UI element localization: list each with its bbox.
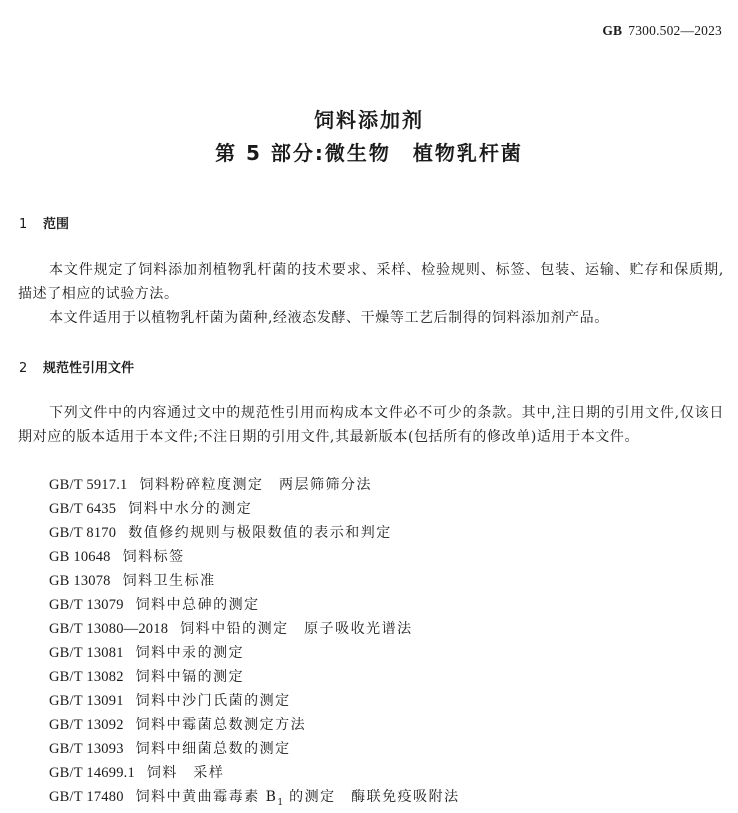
section-title: 规范性引用文件 [43,361,134,376]
reference-title: 饲料标签 [123,549,185,565]
reference-code: GB/T 13079 [49,597,124,613]
reference-title: 饲料卫生标准 [123,573,216,589]
reference-title: 数值修约规则与极限数值的表示和判定 [128,525,392,541]
reference-code: GB/T 13082 [49,669,124,685]
reference-code: GB/T 13093 [49,741,124,757]
reference-item: GB/T 13080—2018饲料中铅的测定 原子吸收光谱法 [49,617,460,641]
reference-code: GB/T 8170 [49,525,116,541]
reference-item: GB/T 13082饲料中镉的测定 [49,665,460,689]
reference-item: GB/T 8170数值修约规则与极限数值的表示和判定 [49,521,460,545]
reference-item: GB/T 17480饲料中黄曲霉毒素 B1 的测定 酶联免疫吸附法 [49,785,460,809]
references-intro-paragraph: 下列文件中的内容通过文中的规范性引用而构成本文件必不可少的条款。其中,注日期的引… [18,401,724,449]
scope-paragraph-1: 本文件规定了饲料添加剂植物乳杆菌的技术要求、采样、检验规则、标签、包装、运输、贮… [18,258,724,306]
reference-item: GB/T 13079饲料中总砷的测定 [49,593,460,617]
reference-item: GB/T 13091饲料中沙门氏菌的测定 [49,689,460,713]
reference-item: GB 10648饲料标签 [49,545,460,569]
reference-code: GB/T 13091 [49,693,124,709]
reference-item: GB/T 13092饲料中霉菌总数测定方法 [49,713,460,737]
reference-item: GB 13078饲料卫生标准 [49,569,460,593]
reference-title: 饲料中水分的测定 [128,501,252,517]
reference-code: GB 13078 [49,573,111,589]
section-heading-normative-references: 2规范性引用文件 [19,357,134,376]
reference-item: GB/T 13093饲料中细菌总数的测定 [49,737,460,761]
document-subtitle: 第 5 部分:微生物 植物乳杆菌 [0,137,738,166]
reference-title: 饲料中镉的测定 [136,669,245,685]
reference-title: 饲料中总砷的测定 [136,597,260,613]
standard-code: 7300.502—2023 [628,23,722,38]
document-title: 饲料添加剂 [0,104,738,133]
reference-code: GB/T 13092 [49,717,124,733]
section-number: 1 [19,217,43,232]
reference-title-part: 饲料中黄曲霉毒素 B [136,789,278,805]
reference-title: 饲料中沙门氏菌的测定 [136,693,291,709]
reference-item: GB/T 13081饲料中汞的测定 [49,641,460,665]
reference-title: 饲料中铅的测定 原子吸收光谱法 [180,621,413,637]
reference-item: GB/T 5917.1饲料粉碎粒度测定 两层筛筛分法 [49,473,460,497]
reference-code: GB/T 13081 [49,645,124,661]
reference-title: 饲料中细菌总数的测定 [136,741,291,757]
reference-title: 饲料中黄曲霉毒素 B1 的测定 酶联免疫吸附法 [136,789,460,805]
reference-item: GB/T 14699.1饲料 采样 [49,761,460,785]
standard-prefix: GB [602,23,622,38]
reference-code: GB/T 6435 [49,501,116,517]
reference-code: GB/T 17480 [49,789,124,805]
reference-title-part: 的测定 酶联免疫吸附法 [283,789,459,805]
scope-paragraph-2: 本文件适用于以植物乳杆菌为菌种,经液态发酵、干燥等工艺后制得的饲料添加剂产品。 [18,306,724,330]
reference-title: 饲料粉碎粒度测定 两层筛筛分法 [139,477,372,493]
reference-code: GB/T 5917.1 [49,477,127,493]
reference-list: GB/T 5917.1饲料粉碎粒度测定 两层筛筛分法 GB/T 6435饲料中水… [49,473,460,809]
reference-title: 饲料中霉菌总数测定方法 [136,717,307,733]
standard-number: GB7300.502—2023 [602,23,722,39]
section-title: 范围 [43,217,69,232]
reference-code: GB/T 14699.1 [49,765,135,781]
reference-code: GB/T 13080—2018 [49,621,168,637]
reference-code: GB 10648 [49,549,111,565]
section-heading-scope: 1范围 [19,213,69,232]
reference-item: GB/T 6435饲料中水分的测定 [49,497,460,521]
reference-title: 饲料中汞的测定 [136,645,245,661]
section-number: 2 [19,361,43,376]
reference-title: 饲料 采样 [147,765,225,781]
